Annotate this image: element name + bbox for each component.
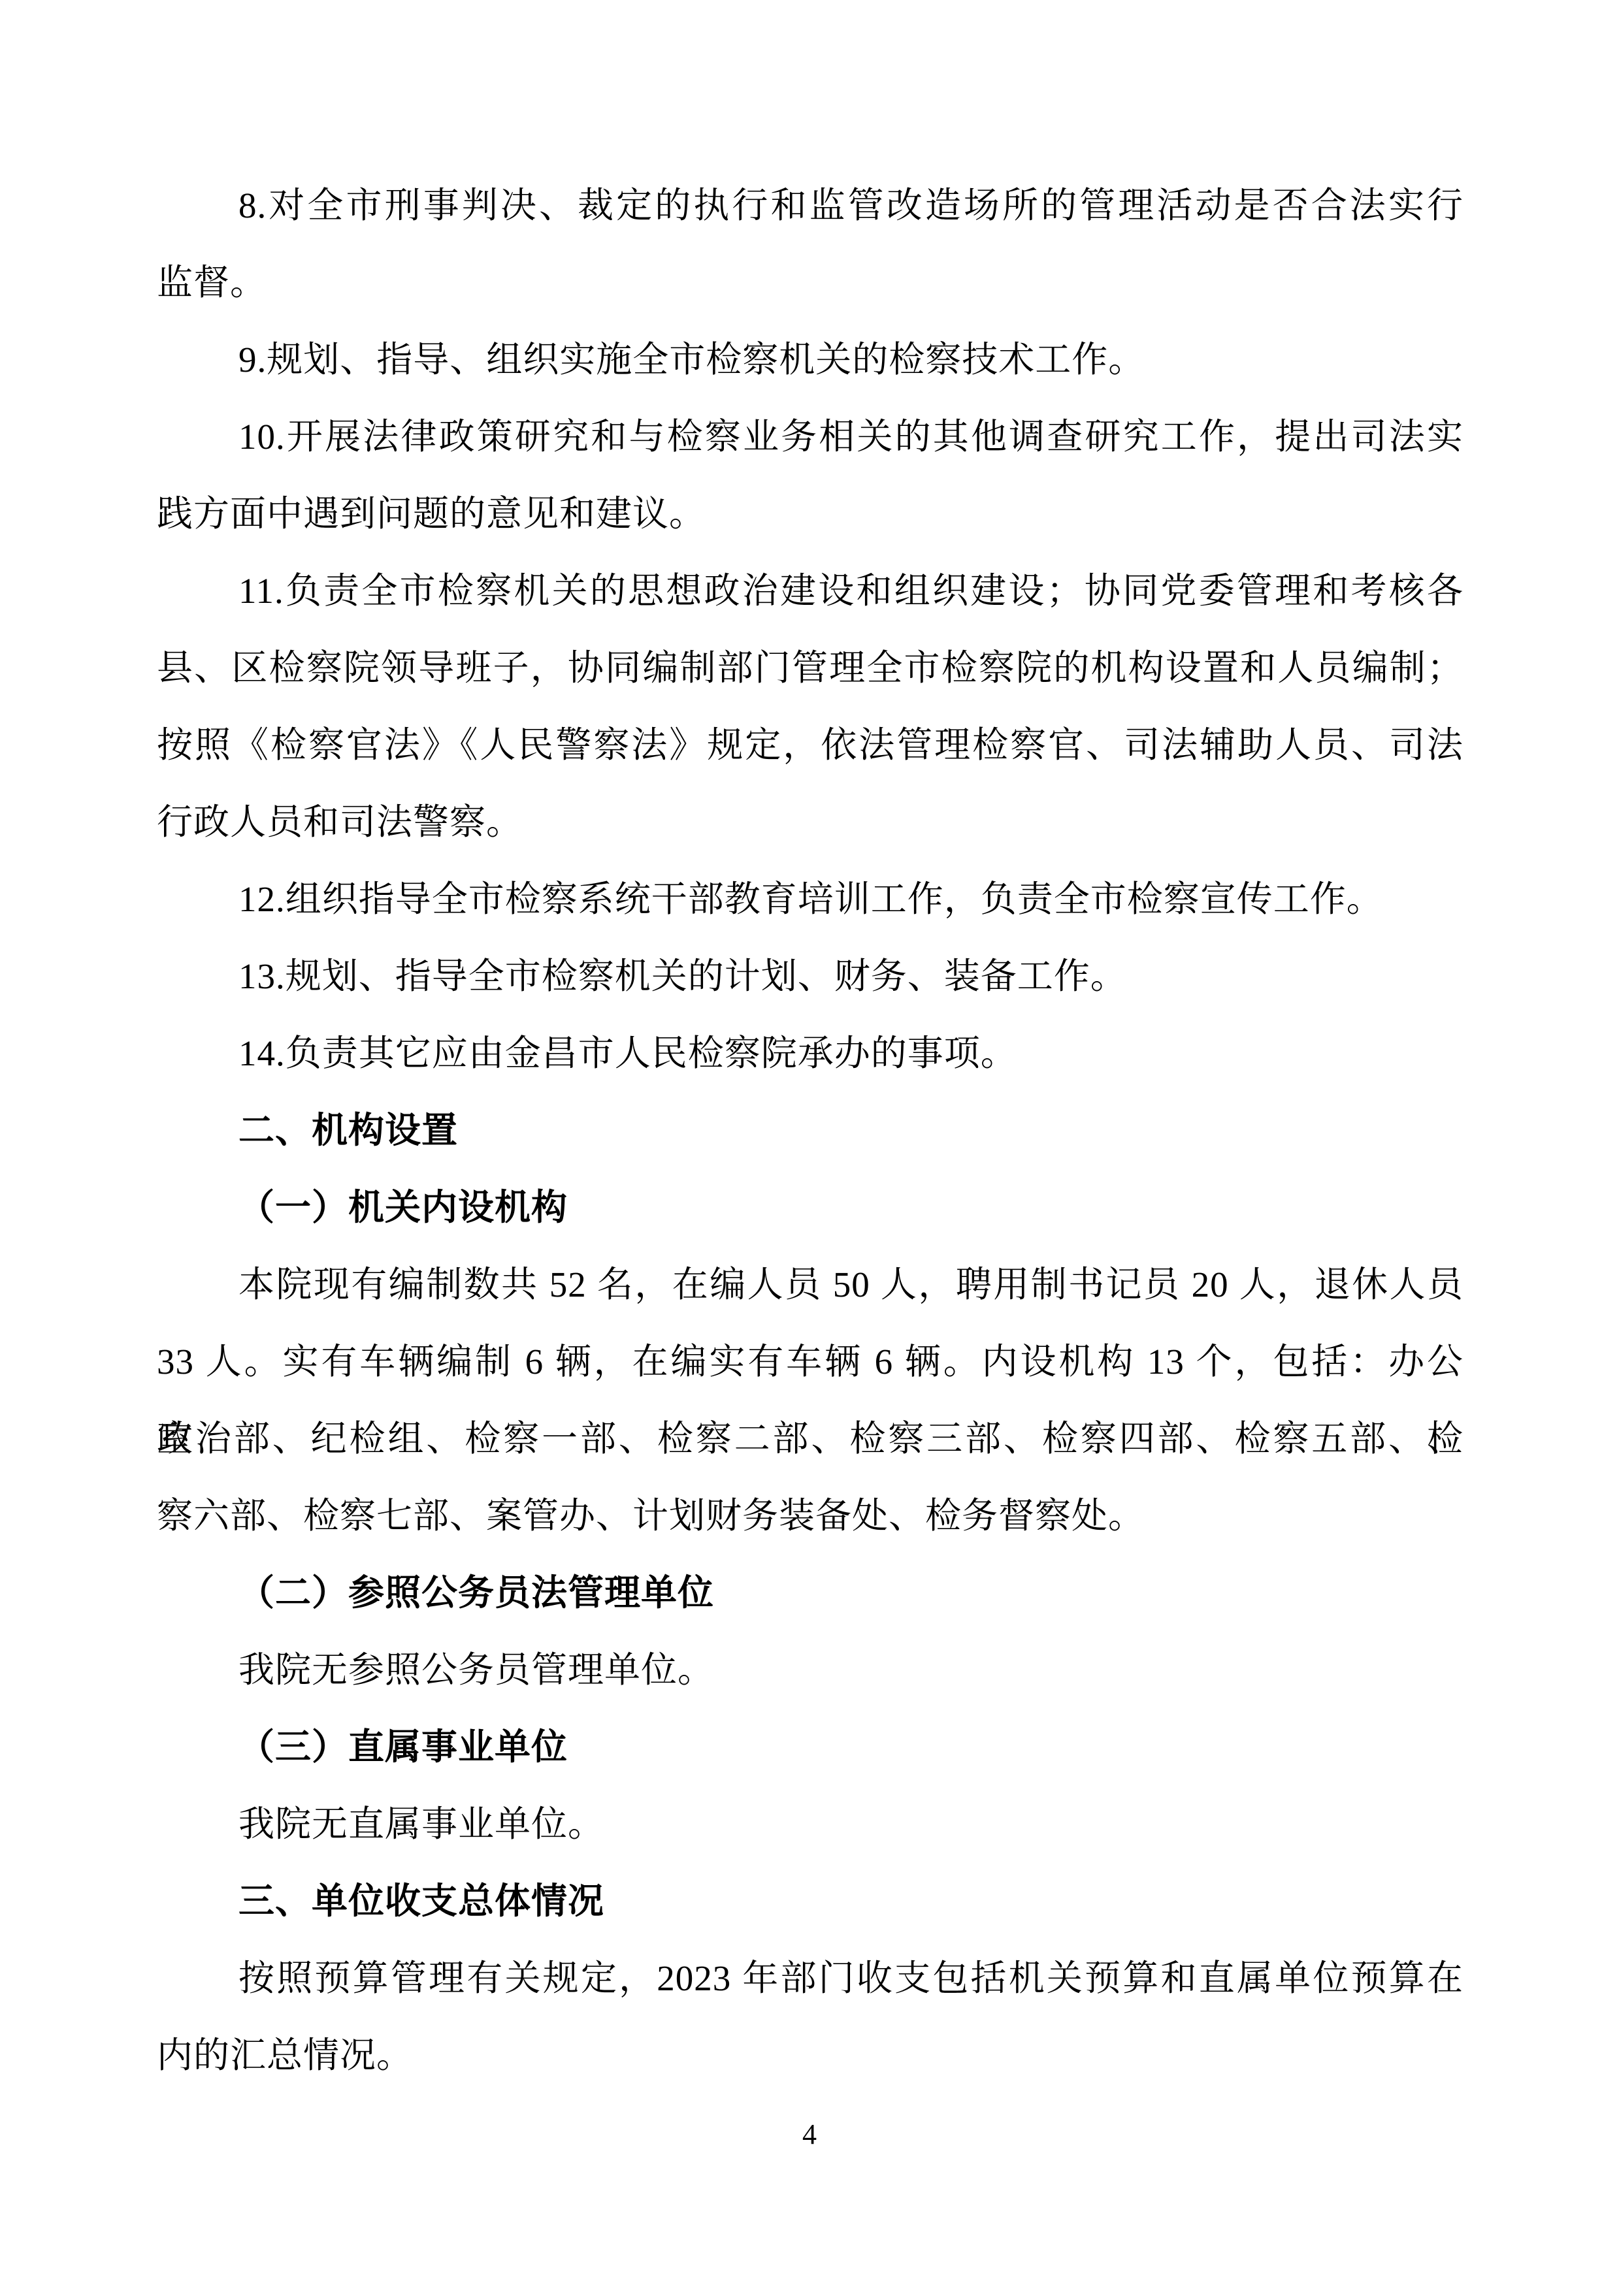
- text-line: 9.规划、指导、组织实施全市检察机关的检察技术工作。: [157, 321, 1464, 398]
- text-line: 县、区检察院领导班子，协同编制部门管理全市检察院的机构设置和人员编制；: [157, 630, 1464, 707]
- text-line: （二）参照公务员法管理单位: [157, 1555, 1464, 1632]
- text-line: 内的汇总情况。: [157, 2017, 1464, 2094]
- document-page: 8.对全市刑事判决、裁定的执行和监管改造场所的管理活动是否合法实行监督。9.规划…: [0, 0, 1619, 2296]
- text-line: 33 人。实有车辆编制 6 辆，在编实有车辆 6 辆。内设机构 13 个，包括：…: [157, 1323, 1464, 1400]
- text-line: 10.开展法律政策研究和与检察业务相关的其他调查研究工作，提出司法实: [157, 398, 1464, 476]
- text-line: 本院现有编制数共 52 名，在编人员 50 人，聘用制书记员 20 人，退休人员: [157, 1246, 1464, 1323]
- text-line: 11.负责全市检察机关的思想政治建设和组织建设；协同党委管理和考核各: [157, 553, 1464, 630]
- text-line: 察六部、检察七部、案管办、计划财务装备处、检务督察处。: [157, 1478, 1464, 1555]
- text-line: 13.规划、指导全市检察机关的计划、财务、装备工作。: [157, 938, 1464, 1015]
- text-line: 14.负责其它应由金昌市人民检察院承办的事项。: [157, 1015, 1464, 1092]
- text-line: （三）直属事业单位: [157, 1709, 1464, 1786]
- text-line: 政治部、纪检组、检察一部、检察二部、检察三部、检察四部、检察五部、检: [157, 1400, 1464, 1478]
- document-body: 8.对全市刑事判决、裁定的执行和监管改造场所的管理活动是否合法实行监督。9.规划…: [157, 167, 1464, 2094]
- text-line: 按照预算管理有关规定，2023 年部门收支包括机关预算和直属单位预算在: [157, 1940, 1464, 2017]
- text-line: 践方面中遇到问题的意见和建议。: [157, 476, 1464, 553]
- text-line: （一）机关内设机构: [157, 1169, 1464, 1246]
- text-line: 我院无直属事业单位。: [157, 1786, 1464, 1863]
- text-line: 按照《检察官法》《人民警察法》规定，依法管理检察官、司法辅助人员、司法: [157, 707, 1464, 784]
- text-line: 监督。: [157, 244, 1464, 321]
- text-line: 二、机构设置: [157, 1092, 1464, 1169]
- page-number: 4: [0, 2115, 1619, 2154]
- text-line: 8.对全市刑事判决、裁定的执行和监管改造场所的管理活动是否合法实行: [157, 167, 1464, 244]
- text-line: 12.组织指导全市检察系统干部教育培训工作，负责全市检察宣传工作。: [157, 861, 1464, 938]
- text-line: 三、单位收支总体情况: [157, 1863, 1464, 1940]
- text-line: 我院无参照公务员管理单位。: [157, 1632, 1464, 1709]
- text-line: 行政人员和司法警察。: [157, 784, 1464, 861]
